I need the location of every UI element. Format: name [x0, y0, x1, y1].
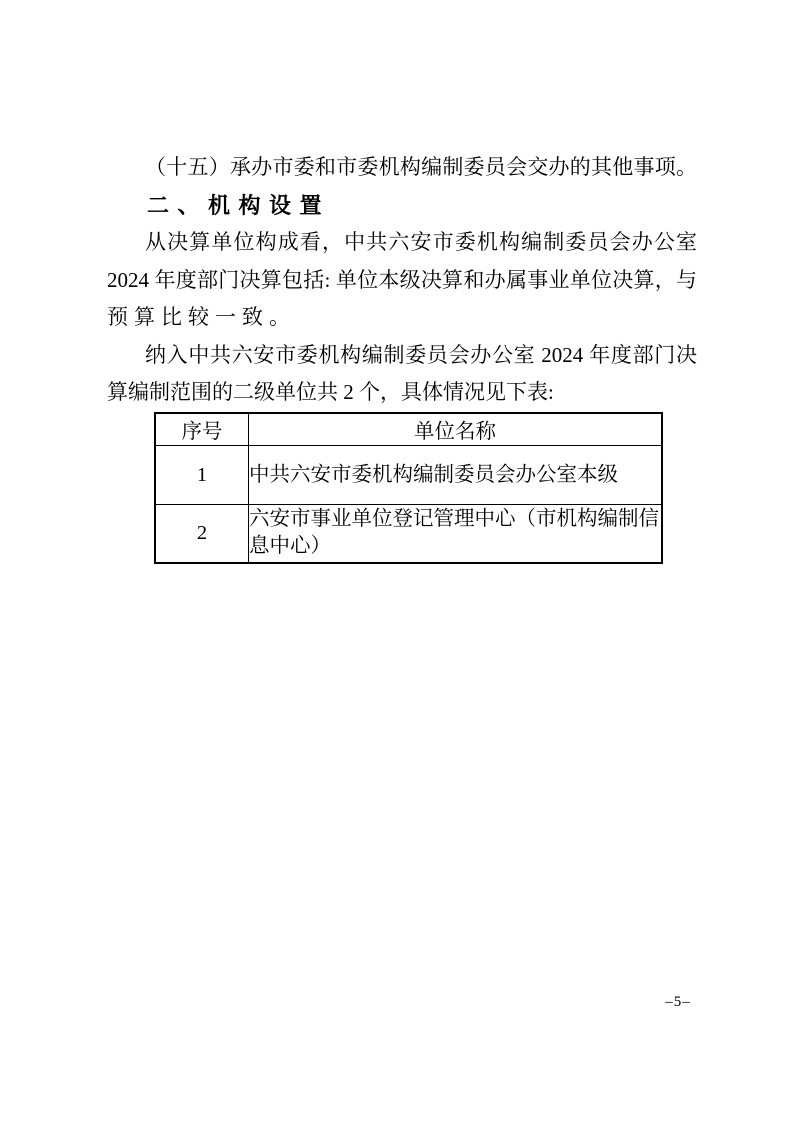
section-heading-org-setup: 二、机构设置: [107, 187, 697, 225]
row-1-unit-name-cell: 中共六安市委机构编制委员会办公室本级: [249, 446, 663, 505]
row-2-unit-name-cell: 六安市事业单位登记管理中心（市机构编制信息中心）: [249, 505, 663, 563]
units-table: 序号 单位名称 1 中共六安市委机构编制委员会办公室本级 2 六安市事业单位登记…: [154, 412, 663, 564]
units-table-header-row: 序号 单位名称: [155, 413, 662, 446]
col-header-index: 序号: [155, 413, 249, 446]
paragraph-composition-line-3: 预算比较一致。: [107, 299, 697, 337]
paragraph-units-line-1: 纳入中共六安市委机构编制委员会办公室 2024 年度部门决: [107, 337, 697, 375]
paragraph-units-line-2: 算编制范围的二级单位共 2 个，具体情况见下表:: [107, 374, 697, 412]
table-row: 1 中共六安市委机构编制委员会办公室本级: [155, 446, 662, 505]
row-2-index-cell: 2: [155, 505, 249, 563]
document-body: （十五）承办市委和市委机构编制委员会交办的其他事项。 二、机构设置 从决算单位构…: [107, 149, 697, 564]
paragraph-composition-line-1: 从决算单位构成看，中共六安市委机构编制委员会办公室: [107, 224, 697, 262]
page-number: –5–: [650, 992, 706, 1012]
paragraph-composition-line-2: 2024 年度部门决算包括: 单位本级决算和办属事业单位决算，与: [107, 262, 697, 300]
table-row: 2 六安市事业单位登记管理中心（市机构编制信息中心）: [155, 505, 662, 563]
document-page: （十五）承办市委和市委机构编制委员会交办的其他事项。 二、机构设置 从决算单位构…: [0, 0, 793, 1122]
paragraph-item-15: （十五）承办市委和市委机构编制委员会交办的其他事项。: [107, 149, 697, 187]
col-header-unit-name: 单位名称: [249, 413, 663, 446]
row-1-index-cell: 1: [155, 446, 249, 505]
